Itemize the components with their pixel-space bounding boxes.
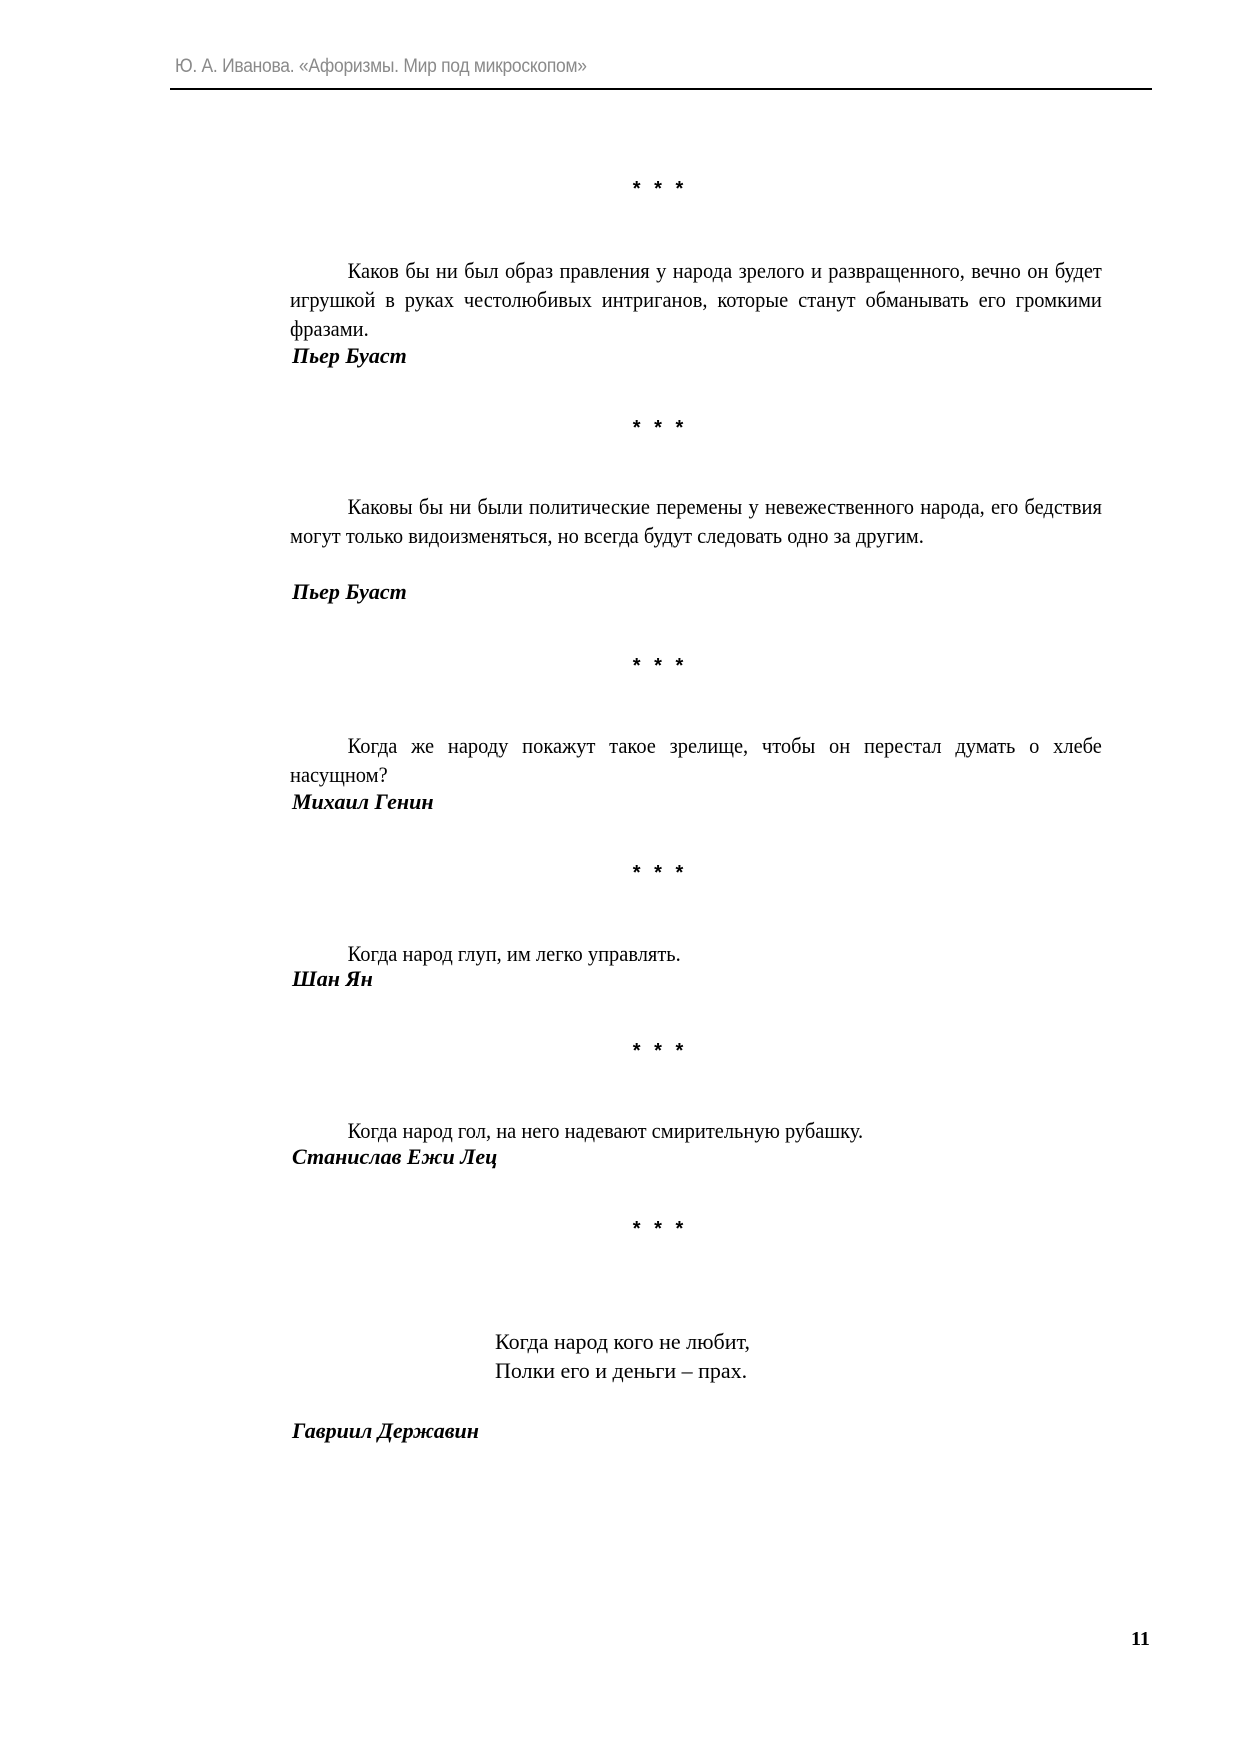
separator: * * *: [0, 862, 1240, 885]
separator: * * *: [0, 1040, 1240, 1063]
running-header: Ю. А. Иванова. «Афоризмы. Мир под микрос…: [175, 56, 587, 78]
separator: * * *: [0, 178, 1240, 201]
aphorism-author: Пьер Буаст: [292, 579, 407, 605]
separator: * * *: [0, 1218, 1240, 1241]
page-number: 11: [1131, 1628, 1150, 1651]
aphorism-author: Пьер Буаст: [292, 343, 407, 369]
header-rule: [170, 88, 1152, 90]
poem-author: Гавриил Державин: [292, 1418, 479, 1444]
poem-line: Полки его и деньги – прах.: [495, 1356, 747, 1385]
aphorism-text: Когда же народу покажут такое зрелище, ч…: [290, 731, 1102, 789]
separator: * * *: [0, 655, 1240, 678]
aphorism-author: Станислав Ежи Лец: [292, 1144, 497, 1170]
separator: * * *: [0, 417, 1240, 440]
aphorism-author: Шан Ян: [292, 966, 373, 992]
aphorism-text: Каковы бы ни были политические перемены …: [290, 492, 1102, 550]
aphorism-text: Каков бы ни был образ правления у народа…: [290, 256, 1102, 343]
aphorism-text: Когда народ гол, на него надевают смирит…: [290, 1116, 1102, 1145]
poem-line: Когда народ кого не любит,: [495, 1327, 750, 1356]
aphorism-author: Михаил Генин: [292, 789, 434, 815]
aphorism-text: Когда народ глуп, им легко управлять.: [290, 939, 1102, 968]
